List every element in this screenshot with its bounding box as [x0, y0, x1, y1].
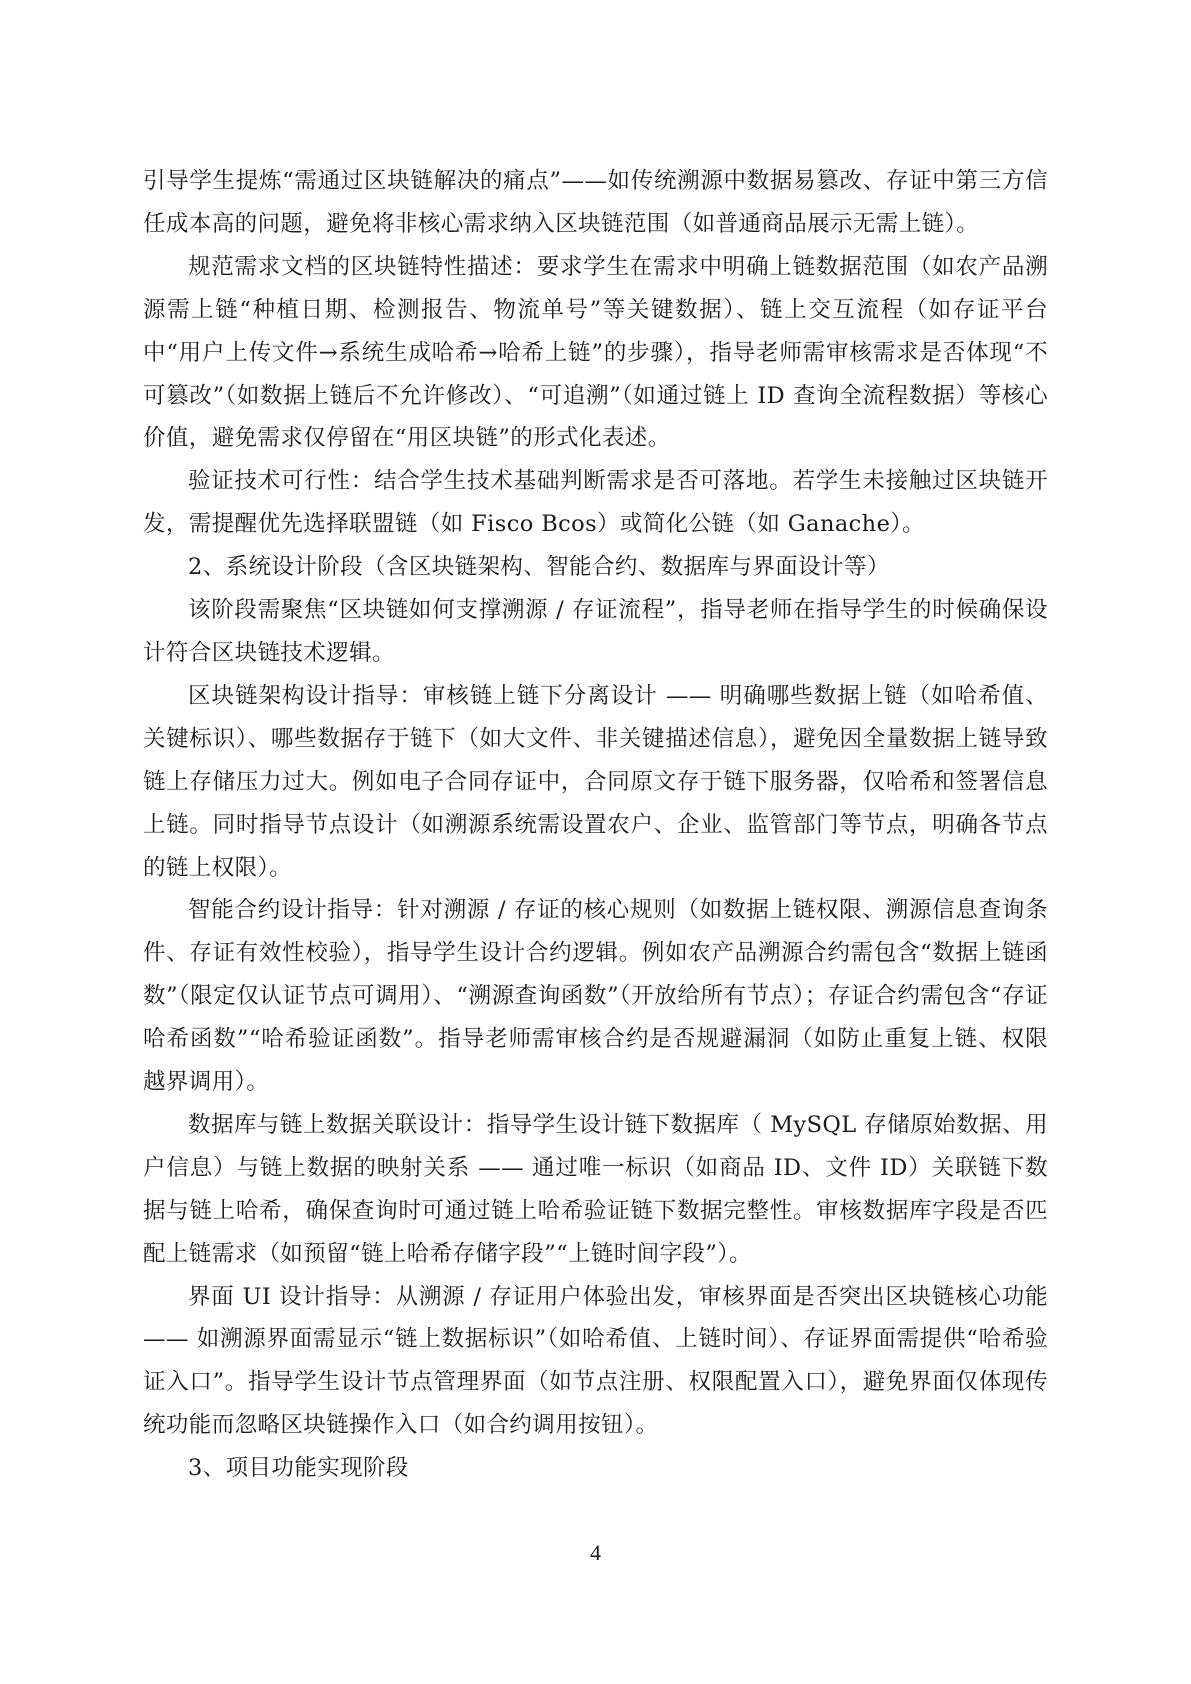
paragraph-feasibility: 验证技术可行性：结合学生技术基础判断需求是否可落地。若学生未接触过区块链开发，需…	[143, 460, 1048, 546]
section-heading-implementation: 3、项目功能实现阶段	[143, 1447, 1048, 1490]
paragraph-continuation: 引导学生提炼“需通过区块链解决的痛点”——如传统溯源中数据易篡改、存证中第三方信…	[143, 160, 1048, 246]
section-heading-system-design: 2、系统设计阶段（含区块链架构、智能合约、数据库与界面设计等）	[143, 546, 1048, 589]
paragraph-architecture: 区块链架构设计指导：审核链上链下分离设计 —— 明确哪些数据上链（如哈希值、关键…	[143, 675, 1048, 890]
document-body: 引导学生提炼“需通过区块链解决的痛点”——如传统溯源中数据易篡改、存证中第三方信…	[143, 160, 1048, 1490]
paragraph-spec-requirements: 规范需求文档的区块链特性描述：要求学生在需求中明确上链数据范围（如农产品溯源需上…	[143, 246, 1048, 461]
page-number: 4	[0, 1540, 1191, 1566]
paragraph-ui-design: 界面 UI 设计指导：从溯源 / 存证用户体验出发，审核界面是否突出区块链核心功…	[143, 1276, 1048, 1448]
paragraph-database: 数据库与链上数据关联设计：指导学生设计链下数据库（ MySQL 存储原始数据、用…	[143, 1104, 1048, 1276]
paragraph-smart-contract: 智能合约设计指导：针对溯源 / 存证的核心规则（如数据上链权限、溯源信息查询条件…	[143, 889, 1048, 1104]
paragraph-design-focus: 该阶段需聚焦“区块链如何支撑溯源 / 存证流程”，指导老师在指导学生的时候确保设…	[143, 589, 1048, 675]
